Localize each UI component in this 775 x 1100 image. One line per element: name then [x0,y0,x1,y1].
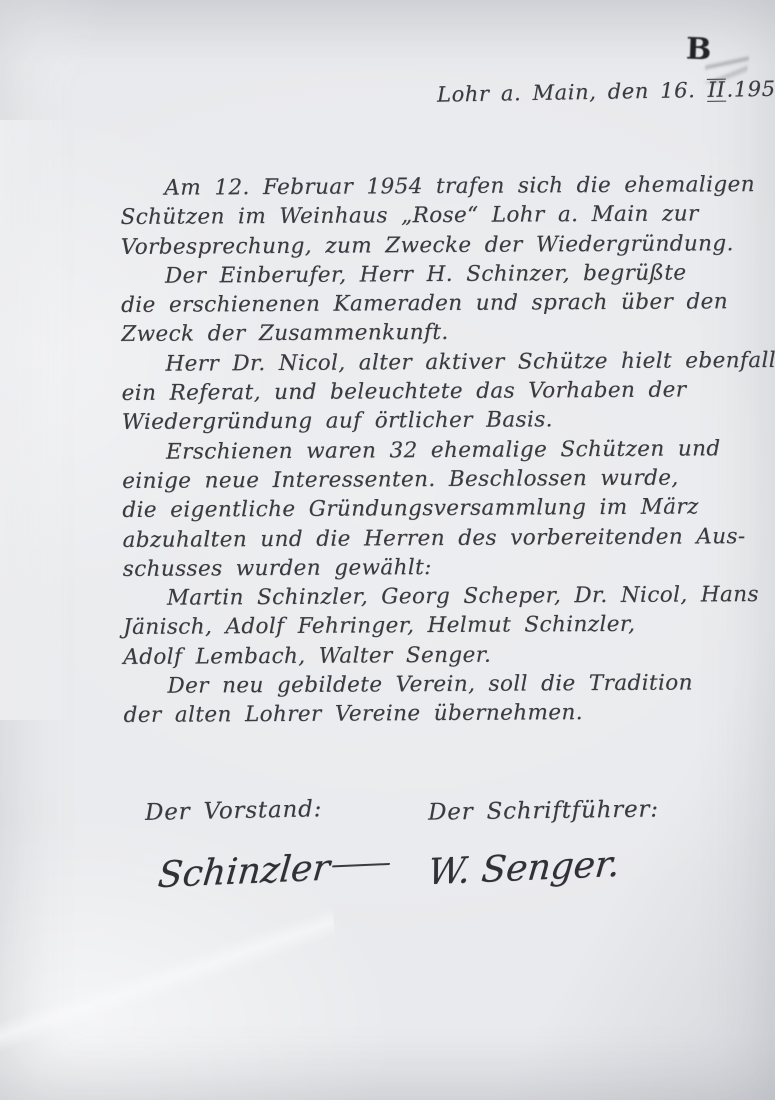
signature-vorstand: Schinzler [156,845,391,896]
text-line: Der neu gebildete Verein, soll die Tradi… [123,668,748,701]
text-line: Adolf Lembach, Walter Senger. [123,639,748,672]
dateline-roman-month: II [706,79,726,102]
scan-crease-bottom-left [0,907,345,1062]
dateline-year: .1954 [726,76,775,101]
paragraph-tradition: Der neu gebildete Verein, soll die Tradi… [123,668,748,730]
text-line: abzuhalten und die Herren des vorbereite… [122,522,747,555]
signature-schriftfuehrer: W. Senger. [426,844,622,894]
text-line: Wiedergründung auf örtlicher Basis. [122,404,747,437]
text-line: Schützen im Weinhaus „Rose“ Lohr a. Main… [120,199,745,232]
text-line: Martin Schinzler, Georg Scheper, Dr. Nic… [123,580,748,613]
paragraph-committee-names: Martin Schinzler, Georg Scheper, Dr. Nic… [123,580,749,672]
text-line: einige neue Interessenten. Beschlossen w… [122,463,747,496]
text-line: die eigentliche Gründungsversammlung im … [122,492,747,525]
text-line: Der Einberufer, Herr H. Schinzer, begrüß… [121,258,746,291]
paragraph-referat: Herr Dr. Nicol, alter aktiver Schütze hi… [121,346,747,438]
paragraph-attendance: Erschienen waren 32 ehemalige Schützen u… [122,434,748,584]
text-line: Am 12. Februar 1954 trafen sich die ehem… [120,170,745,203]
signature-role-vorstand: Der Vorstand: [145,796,323,826]
paragraph-meeting: Am 12. Februar 1954 trafen sich die ehem… [120,170,746,262]
text-line: Vorbesprechung, zum Zwecke der Wiedergrü… [121,229,746,262]
dateline: Lohr a. Main, den 16. II.1954 [437,77,737,106]
text-line: die erschienenen Kameraden und sprach üb… [121,287,746,320]
text-line: Zweck der Zusammenkunft. [121,317,746,350]
text-line: ein Referat, und beleuchtete das Vorhabe… [122,375,747,408]
text-line: Erschienen waren 32 ehemalige Schützen u… [122,434,747,467]
signature-role-schriftfuehrer: Der Schriftführer: [428,796,659,825]
scanned-document-page: B Lohr a. Main, den 16. II.1954 Am 12. F… [0,0,775,1100]
paragraph-convener: Der Einberufer, Herr H. Schinzer, begrüß… [121,258,747,350]
scan-crease-left [0,120,90,720]
text-line: schusses wurden gewählt: [123,551,748,584]
dateline-place-day: Lohr a. Main, den 16. [437,78,696,107]
letter-body: Am 12. Februar 1954 trafen sich die ehem… [120,170,748,730]
text-line: der alten Lohrer Vereine übernehmen. [124,697,749,730]
text-line: Jänisch, Adolf Fehringer, Helmut Schinzl… [123,610,748,643]
text-line: Herr Dr. Nicol, alter aktiver Schütze hi… [121,346,746,379]
